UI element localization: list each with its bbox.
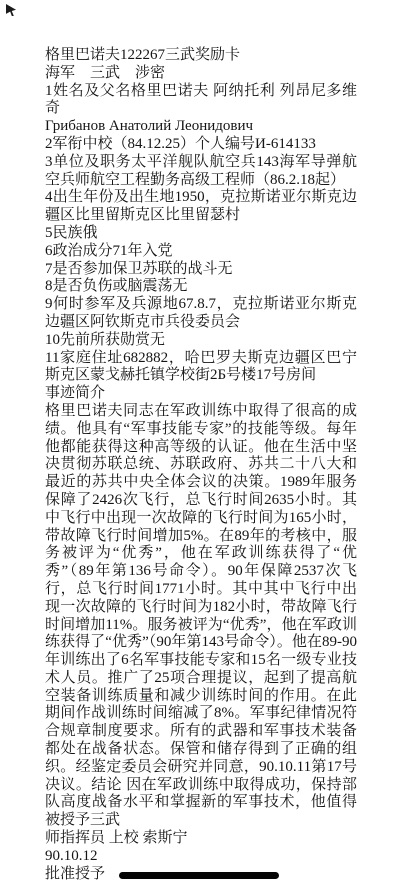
biography-text: 格里巴诺夫同志在军政训练中取得了很高的成绩。他具有“军事技能专家”的技能等级。每… — [45, 403, 357, 830]
doc-classification: 海军 三武 涉密 — [45, 65, 357, 83]
award-card-document: 格里巴诺夫122267三武奖励卡 海军 三武 涉密 1姓名及父名格里巴诺夫 阿纳… — [0, 0, 400, 890]
field-birth: 4出生年份及出生地1950，克拉斯诺亚尔斯克边疆区比里留斯克区比里留瑟村 — [45, 189, 357, 225]
approval-row: 批准授予 — [45, 866, 357, 884]
biography-heading: 事迹简介 — [45, 385, 357, 403]
field-home-address: 11家庭住址682882，哈巴罗夫斯克边疆区巴宁斯克区蒙戈赫托镇学校街2Б号楼1… — [45, 350, 357, 386]
signature-date: 90.10.12 — [45, 848, 357, 866]
field-prior-awards: 10先前所获勋赏无 — [45, 332, 357, 350]
approval-label: 批准授予 — [45, 866, 105, 884]
field-combat-participation: 7是否参加保卫苏联的战斗无 — [45, 261, 357, 279]
field-unit-and-position: 3单位及职务太平洋舰队航空兵143海军导弹航空兵师航空工程勤务高级工程师（86.… — [45, 154, 357, 190]
field-ethnicity: 5民族俄 — [45, 225, 357, 243]
field-enlistment: 9何时参军及兵源地67.8.7，克拉斯诺亚尔斯克边疆区阿钦斯克市兵役委员会 — [45, 296, 357, 332]
field-political-status: 6政治成分71年入党 — [45, 243, 357, 261]
field-wounds: 8是否负伤或脑震荡无 — [45, 278, 357, 296]
field-rank: 2军衔中校（84.12.25）个人编号И-614133 — [45, 136, 357, 154]
document-page[interactable]: 格里巴诺夫122267三武奖励卡 海军 三武 涉密 1姓名及父名格里巴诺夫 阿纳… — [0, 0, 400, 890]
signature-line: 师指挥员 上校 索斯宁 — [45, 830, 357, 848]
redaction-bar — [119, 872, 279, 879]
field-name-and-patronymic: 1姓名及父名格里巴诺夫 阿纳托利 列昂尼多维奇 — [45, 83, 357, 119]
doc-title: 格里巴诺夫122267三武奖励卡 — [45, 47, 357, 65]
name-russian: Грибанов Анатолий Леонидович — [45, 118, 357, 136]
